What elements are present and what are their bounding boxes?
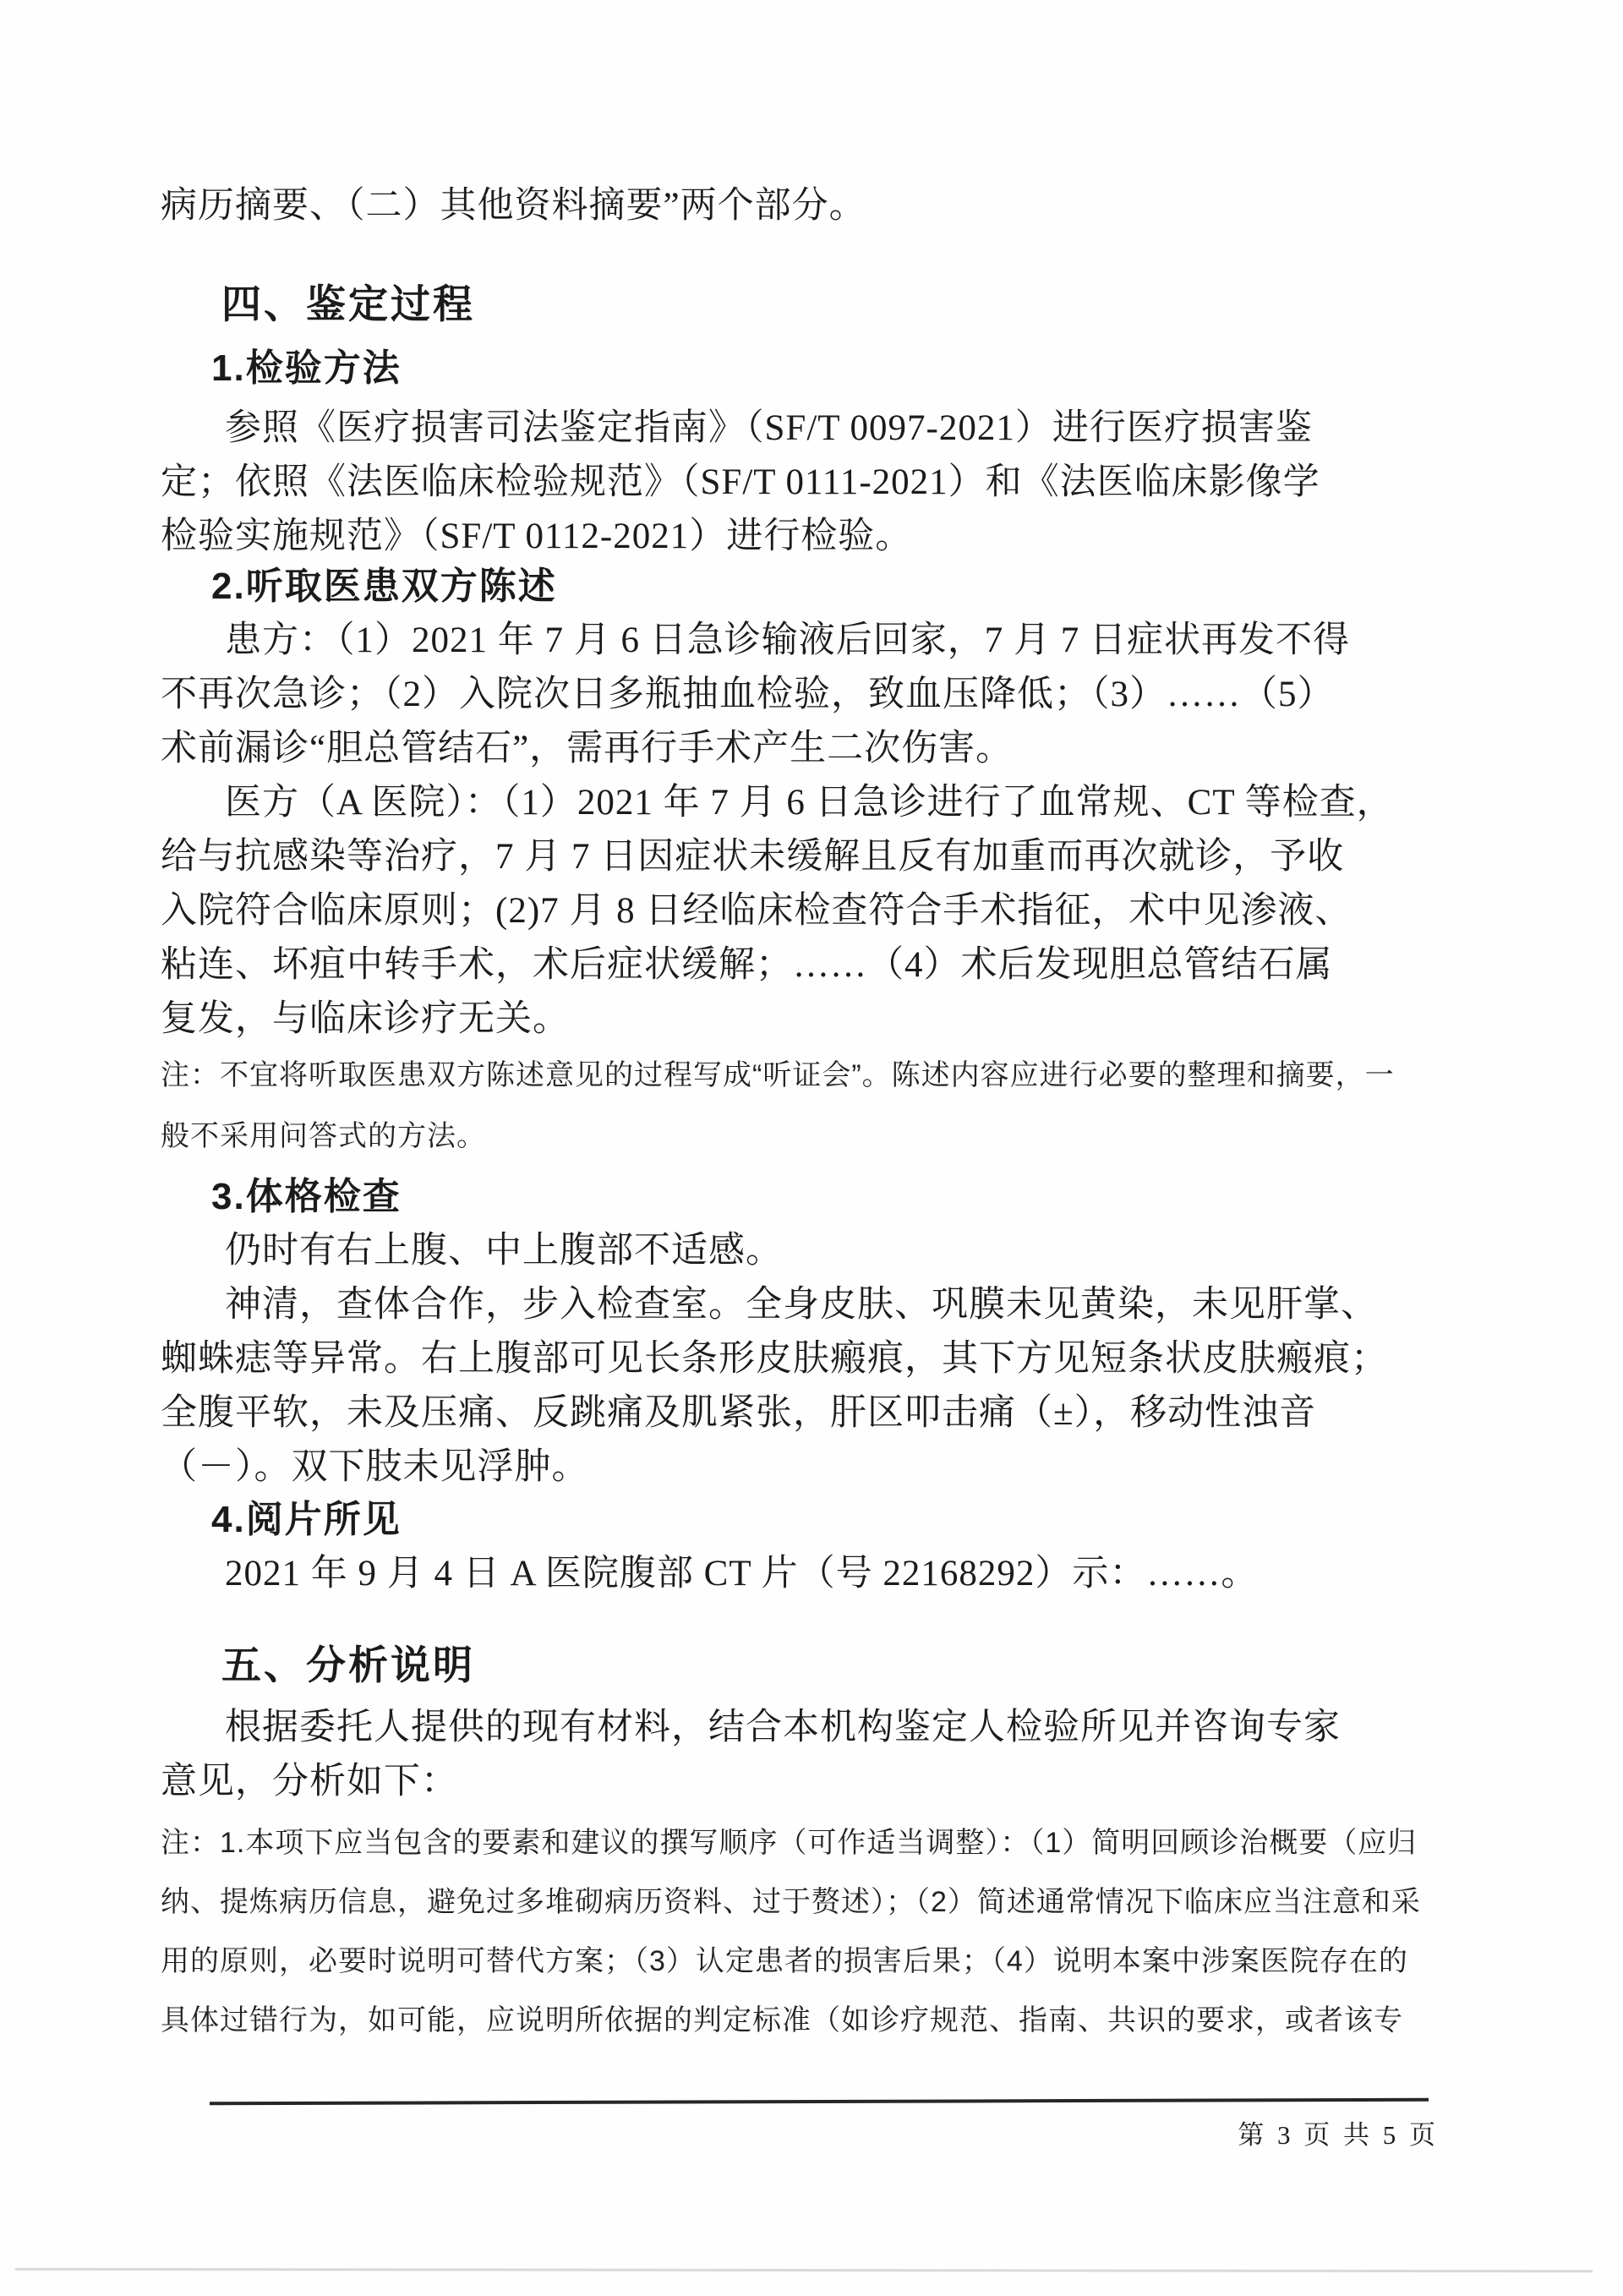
- note-line: 纳、提炼病历信息，避免过多堆砌病历资料、过于赘述）；（2）简述通常情况下临床应当…: [161, 1885, 1421, 1920]
- paragraph-continuation-line: 全腹平软，未及压痛、反跳痛及肌紧张，肝区叩击痛（±），移动性浊音: [161, 1391, 1316, 1435]
- paragraph-continuation-line: 病历摘要、（二）其他资料摘要”两个部分。: [161, 184, 866, 228]
- paragraph-continuation-line: 意见，分析如下：: [161, 1760, 458, 1804]
- subheading-statements: 2.听取医患双方陈述: [211, 565, 557, 610]
- paragraph-continuation-line: 不再次急诊；（2）入院次日多瓶抽血检验，致血压降低；（3）……（5）: [161, 673, 1335, 717]
- subheading-physical-exam: 3.体格检查: [211, 1175, 402, 1220]
- note-line: 注：1.本项下应当包含的要素和建议的撰写顺序（可作适当调整）：（1）简明回顾诊治…: [161, 1826, 1417, 1861]
- paragraph-continuation-line: 给与抗感染等治疗，7 月 7 日因症状未缓解且反有加重而再次就诊，予收: [161, 835, 1344, 879]
- section-heading-analysis: 五、分析说明: [221, 1642, 475, 1689]
- paragraph-first-line: 根据委托人提供的现有材料，结合本机构鉴定人检验所见并咨询专家: [225, 1706, 1341, 1750]
- scan-edge-artifact: [15, 2268, 1593, 2273]
- paragraph-continuation-line: 复发，与临床诊疗无关。: [161, 998, 570, 1041]
- document-page: 病历摘要、（二）其他资料摘要”两个部分。 四、鉴定过程 1.检验方法 参照《医疗…: [0, 0, 1623, 2296]
- note-line: 具体过错行为，如可能，应说明所依据的判定标准（如诊疗规范、指南、共识的要求，或者…: [161, 2004, 1403, 2038]
- note-line: 用的原则，必要时说明可替代方案；（3）认定患者的损害后果；（4）说明本案中涉案医…: [161, 1944, 1408, 1979]
- note-line: 般不采用问答式的方法。: [161, 1119, 486, 1154]
- paragraph-first-line: 2021 年 9 月 4 日 A 医院腹部 CT 片（号 22168292）示：…: [225, 1552, 1258, 1596]
- paragraph-first-line: 仍时有右上腹、中上腹部不适感。: [225, 1229, 783, 1273]
- paragraph-continuation-line: 定；依照《法医临床检验规范》（SF/T 0111-2021）和《法医临床影像学: [161, 461, 1320, 505]
- paragraph-continuation-line: 检验实施规范》（SF/T 0112-2021）进行检验。: [161, 515, 912, 559]
- section-heading-appraisal-process: 四、鉴定过程: [221, 281, 475, 328]
- note-line: 注：不宜将听取医患双方陈述意见的过程写成“听证会”。陈述内容应进行必要的整理和摘…: [161, 1058, 1395, 1093]
- footer-divider: [210, 2098, 1429, 2106]
- paragraph-continuation-line: 粘连、坏疽中转手术，术后症状缓解；……（4）术后发现胆总管结石属: [161, 943, 1333, 987]
- subheading-inspection-method: 1.检验方法: [211, 347, 402, 391]
- paragraph-continuation-line: 蜘蛛痣等异常。右上腹部可见长条形皮肤瘢痕，其下方见短条状皮肤瘢痕；: [161, 1337, 1388, 1381]
- paragraph-first-line: 参照《医疗损害司法鉴定指南》（SF/T 0097-2021）进行医疗损害鉴: [225, 407, 1313, 451]
- paragraph-continuation-line: （－）。双下肢未见浮肿。: [161, 1446, 589, 1490]
- paragraph-first-line: 神清，查体合作，步入检查室。全身皮肤、巩膜未见黄染，未见肝掌、: [225, 1283, 1378, 1327]
- subheading-imaging-findings: 4.阅片所见: [211, 1498, 402, 1543]
- paragraph-continuation-line: 术前漏诊“胆总管结石”，需再行手术产生二次伤害。: [161, 727, 1013, 771]
- paragraph-first-line: 患方：（1）2021 年 7 月 6 日急诊输液后回家，7 月 7 日症状再发不…: [225, 619, 1350, 663]
- paragraph-first-line: 医方（A 医院）：（1）2021 年 7 月 6 日急诊进行了血常规、CT 等检…: [225, 781, 1394, 825]
- page-number: 第 3 页 共 5 页: [1238, 2113, 1439, 2151]
- paragraph-continuation-line: 入院符合临床原则；(2)7 月 8 日经临床检查符合手术指征，术中见渗液、: [161, 889, 1352, 933]
